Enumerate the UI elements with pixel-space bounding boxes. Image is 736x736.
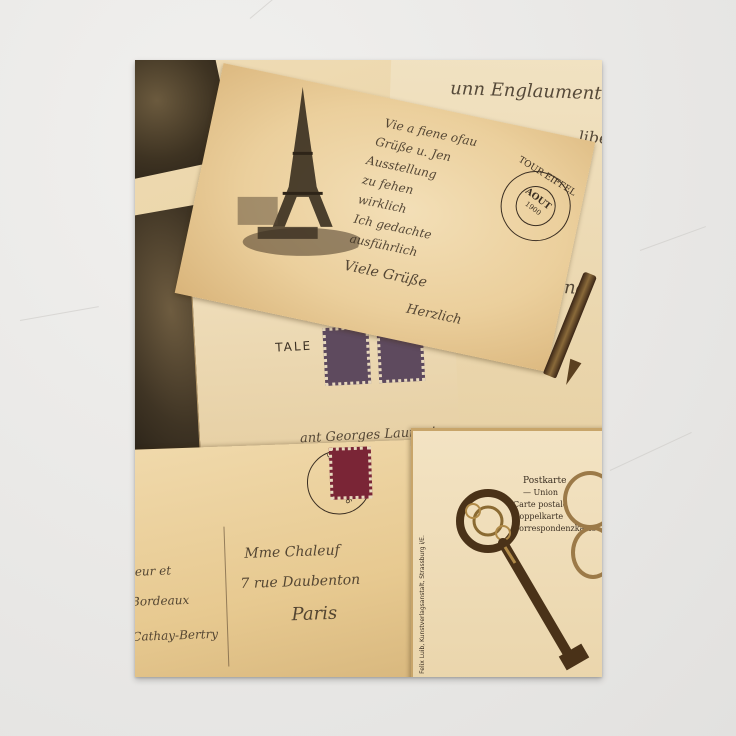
handwriting: Cathay-Bertry [135, 627, 218, 644]
marble-vein [250, 0, 304, 19]
handwriting: Bordeaux [135, 593, 189, 609]
letter-line: unn Englaument [450, 78, 602, 104]
postage-stamp [329, 446, 373, 499]
handwriting: Viele Grüße [342, 258, 428, 291]
handwriting: Herzlich [405, 302, 463, 328]
marble-vein [640, 226, 706, 251]
postcard-product: unn Englaument libe ena Paris Yue TALE a… [135, 60, 602, 677]
postage-stamp [322, 326, 371, 386]
postmark: TOUR EIFFEL AOUT 1900 [494, 165, 577, 248]
address-line: 7 rue Daubenton [240, 572, 360, 592]
addressed-postcard: SARTHE 1936 Mme Chaleuf 7 rue Daubenton … [135, 440, 419, 677]
address-line: Paris [291, 603, 337, 626]
marble-vein [20, 306, 99, 321]
marble-vein [610, 432, 692, 471]
address-line: Mme Chaleuf [244, 543, 340, 562]
postkarte-card: Postkarte — Union Carte postale Doppelka… [411, 428, 602, 677]
handwriting: teur et [135, 563, 171, 578]
skeleton-key-icon [443, 481, 602, 677]
publisher-print: Felix Luib, Kunstverlagsanstalt, Strassb… [419, 535, 426, 674]
postcard-header: TALE [275, 339, 313, 355]
divider-line [223, 527, 229, 667]
